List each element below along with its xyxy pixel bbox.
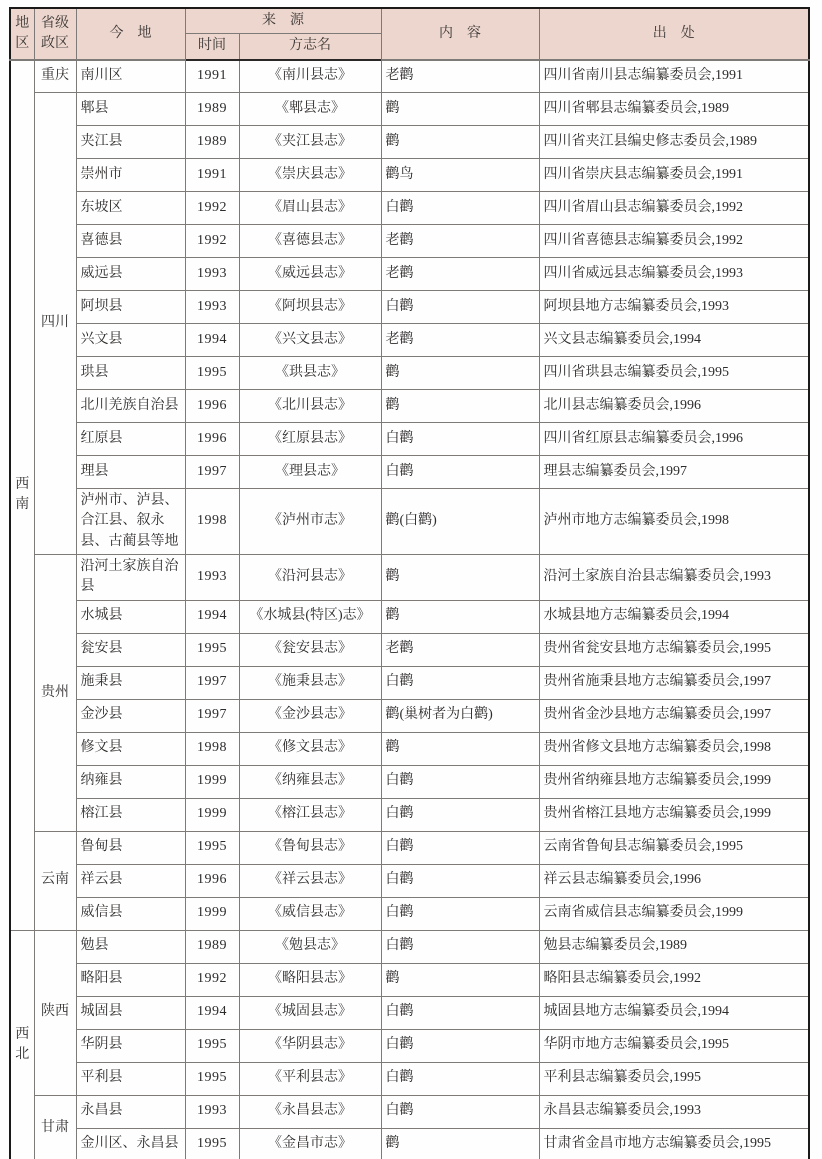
place-cell: 金川区、永昌县	[76, 1128, 185, 1159]
source-cell: 泸州市地方志编纂委员会,1998	[539, 489, 809, 555]
title-cell: 《金昌市志》	[239, 1128, 381, 1159]
place-cell: 南川区	[76, 60, 185, 93]
source-cell: 甘肃省金昌市地方志编纂委员会,1995	[539, 1128, 809, 1159]
place-cell: 平利县	[76, 1062, 185, 1095]
source-cell: 贵州省施秉县地方志编纂委员会,1997	[539, 666, 809, 699]
title-cell: 《勉县志》	[239, 930, 381, 963]
time-cell: 1992	[185, 192, 239, 225]
title-cell: 《祥云县志》	[239, 864, 381, 897]
content-cell: 白鹳	[381, 291, 539, 324]
source-cell: 四川省威远县志编纂委员会,1993	[539, 258, 809, 291]
table-row: 红原县1996《红原县志》白鹳四川省红原县志编纂委员会,1996	[10, 423, 809, 456]
table-row: 理县1997《理县志》白鹳理县志编纂委员会,1997	[10, 456, 809, 489]
content-cell: 老鹳	[381, 324, 539, 357]
place-cell: 崇州市	[76, 159, 185, 192]
table-header: 地 区 省级 政区 今 地 来 源 内 容 出 处 时间 方志名	[10, 8, 809, 60]
time-cell: 1999	[185, 798, 239, 831]
title-cell: 《鲁甸县志》	[239, 831, 381, 864]
table-row: 榕江县1999《榕江县志》白鹳贵州省榕江县地方志编纂委员会,1999	[10, 798, 809, 831]
content-cell: 白鹳	[381, 666, 539, 699]
place-cell: 修文县	[76, 732, 185, 765]
place-cell: 阿坝县	[76, 291, 185, 324]
table-row: 甘肃永昌县1993《永昌县志》白鹳永昌县志编纂委员会,1993	[10, 1095, 809, 1128]
source-cell: 水城县地方志编纂委员会,1994	[539, 600, 809, 633]
table-row: 珙县1995《珙县志》鹳四川省珙县志编纂委员会,1995	[10, 357, 809, 390]
source-cell: 平利县志编纂委员会,1995	[539, 1062, 809, 1095]
province-cell: 贵州	[34, 554, 76, 831]
time-cell: 1993	[185, 1095, 239, 1128]
table-row: 贵州沿河土家族自治县1993《沿河县志》鹳沿河土家族自治县志编纂委员会,1993	[10, 554, 809, 600]
source-cell: 云南省威信县志编纂委员会,1999	[539, 897, 809, 930]
table-row: 威信县1999《威信县志》白鹳云南省威信县志编纂委员会,1999	[10, 897, 809, 930]
time-cell: 1999	[185, 765, 239, 798]
content-cell: 老鹳	[381, 633, 539, 666]
time-cell: 1989	[185, 126, 239, 159]
province-cell: 陕西	[34, 930, 76, 1095]
table-row: 华阴县1995《华阴县志》白鹳华阴市地方志编纂委员会,1995	[10, 1029, 809, 1062]
table-row: 阿坝县1993《阿坝县志》白鹳阿坝县地方志编纂委员会,1993	[10, 291, 809, 324]
table-row: 北川羌族自治县1996《北川县志》鹳北川县志编纂委员会,1996	[10, 390, 809, 423]
content-cell: 白鹳	[381, 1062, 539, 1095]
province-cell: 重庆	[34, 60, 76, 93]
content-cell: 鹳	[381, 390, 539, 423]
title-cell: 《平利县志》	[239, 1062, 381, 1095]
time-cell: 1992	[185, 963, 239, 996]
time-cell: 1991	[185, 159, 239, 192]
title-cell: 《瓮安县志》	[239, 633, 381, 666]
table-row: 西南重庆南川区1991《南川县志》老鹳四川省南川县志编纂委员会,1991	[10, 60, 809, 93]
time-cell: 1999	[185, 897, 239, 930]
place-cell: 北川羌族自治县	[76, 390, 185, 423]
province-cell: 云南	[34, 831, 76, 930]
title-cell: 《榕江县志》	[239, 798, 381, 831]
time-cell: 1997	[185, 456, 239, 489]
source-cell: 贵州省金沙县地方志编纂委员会,1997	[539, 699, 809, 732]
title-cell: 《南川县志》	[239, 60, 381, 93]
source-cell: 贵州省修文县地方志编纂委员会,1998	[539, 732, 809, 765]
source-cell: 四川省珙县志编纂委员会,1995	[539, 357, 809, 390]
time-cell: 1996	[185, 390, 239, 423]
header-gazetteer-name: 方志名	[239, 34, 381, 60]
source-cell: 四川省南川县志编纂委员会,1991	[539, 60, 809, 93]
title-cell: 《略阳县志》	[239, 963, 381, 996]
source-cell: 华阴市地方志编纂委员会,1995	[539, 1029, 809, 1062]
source-cell: 四川省夹江县编史修志委员会,1989	[539, 126, 809, 159]
source-cell: 云南省鲁甸县志编纂委员会,1995	[539, 831, 809, 864]
content-cell: 白鹳	[381, 897, 539, 930]
title-cell: 《永昌县志》	[239, 1095, 381, 1128]
title-cell: 《郫县志》	[239, 93, 381, 126]
time-cell: 1994	[185, 600, 239, 633]
place-cell: 理县	[76, 456, 185, 489]
table-row: 金沙县1997《金沙县志》鹳(巢树者为白鹳)贵州省金沙县地方志编纂委员会,199…	[10, 699, 809, 732]
content-cell: 白鹳	[381, 864, 539, 897]
time-cell: 1989	[185, 93, 239, 126]
content-cell: 白鹳	[381, 1095, 539, 1128]
content-cell: 鹳	[381, 357, 539, 390]
title-cell: 《威信县志》	[239, 897, 381, 930]
region-cell: 西南	[10, 60, 34, 930]
title-cell: 《水城县(特区)志》	[239, 600, 381, 633]
title-cell: 《泸州市志》	[239, 489, 381, 555]
place-cell: 红原县	[76, 423, 185, 456]
content-cell: 白鹳	[381, 1029, 539, 1062]
title-cell: 《红原县志》	[239, 423, 381, 456]
content-cell: 鹳	[381, 732, 539, 765]
source-cell: 阿坝县地方志编纂委员会,1993	[539, 291, 809, 324]
header-region: 地 区	[10, 8, 34, 60]
province-cell: 甘肃	[34, 1095, 76, 1159]
content-cell: 老鹳	[381, 60, 539, 93]
place-cell: 纳雍县	[76, 765, 185, 798]
table-row: 西北陕西勉县1989《勉县志》白鹳勉县志编纂委员会,1989	[10, 930, 809, 963]
source-cell: 四川省郫县志编纂委员会,1989	[539, 93, 809, 126]
time-cell: 1998	[185, 489, 239, 555]
time-cell: 1996	[185, 864, 239, 897]
title-cell: 《金沙县志》	[239, 699, 381, 732]
time-cell: 1989	[185, 930, 239, 963]
table-row: 纳雍县1999《纳雍县志》白鹳贵州省纳雍县地方志编纂委员会,1999	[10, 765, 809, 798]
source-cell: 祥云县志编纂委员会,1996	[539, 864, 809, 897]
time-cell: 1996	[185, 423, 239, 456]
province-cell: 四川	[34, 93, 76, 555]
table-row: 瓮安县1995《瓮安县志》老鹳贵州省瓮安县地方志编纂委员会,1995	[10, 633, 809, 666]
time-cell: 1998	[185, 732, 239, 765]
document-page: 地 区 省级 政区 今 地 来 源 内 容 出 处 时间 方志名 西南重庆南川区…	[0, 0, 822, 1159]
place-cell: 夹江县	[76, 126, 185, 159]
title-cell: 《城固县志》	[239, 996, 381, 1029]
table-row: 威远县1993《威远县志》老鹳四川省威远县志编纂委员会,1993	[10, 258, 809, 291]
time-cell: 1995	[185, 357, 239, 390]
table-row: 金川区、永昌县1995《金昌市志》鹳甘肃省金昌市地方志编纂委员会,1995	[10, 1128, 809, 1159]
table-row: 略阳县1992《略阳县志》鹳略阳县志编纂委员会,1992	[10, 963, 809, 996]
content-cell: 鹳	[381, 1128, 539, 1159]
title-cell: 《沿河县志》	[239, 554, 381, 600]
table-row: 平利县1995《平利县志》白鹳平利县志编纂委员会,1995	[10, 1062, 809, 1095]
time-cell: 1995	[185, 1128, 239, 1159]
place-cell: 永昌县	[76, 1095, 185, 1128]
place-cell: 东坡区	[76, 192, 185, 225]
place-cell: 威信县	[76, 897, 185, 930]
content-cell: 老鹳	[381, 258, 539, 291]
place-cell: 威远县	[76, 258, 185, 291]
content-cell: 鹳鸟	[381, 159, 539, 192]
title-cell: 《北川县志》	[239, 390, 381, 423]
table-row: 施秉县1997《施秉县志》白鹳贵州省施秉县地方志编纂委员会,1997	[10, 666, 809, 699]
table-row: 祥云县1996《祥云县志》白鹳祥云县志编纂委员会,1996	[10, 864, 809, 897]
content-cell: 白鹳	[381, 798, 539, 831]
title-cell: 《纳雍县志》	[239, 765, 381, 798]
source-cell: 北川县志编纂委员会,1996	[539, 390, 809, 423]
content-cell: 白鹳	[381, 996, 539, 1029]
title-cell: 《华阴县志》	[239, 1029, 381, 1062]
header-source: 来 源	[185, 8, 381, 34]
time-cell: 1995	[185, 1029, 239, 1062]
source-cell: 兴文县志编纂委员会,1994	[539, 324, 809, 357]
source-cell: 城固县地方志编纂委员会,1994	[539, 996, 809, 1029]
title-cell: 《夹江县志》	[239, 126, 381, 159]
place-cell: 珙县	[76, 357, 185, 390]
title-cell: 《威远县志》	[239, 258, 381, 291]
table-row: 东坡区1992《眉山县志》白鹳四川省眉山县志编纂委员会,1992	[10, 192, 809, 225]
content-cell: 白鹳	[381, 192, 539, 225]
content-cell: 鹳	[381, 554, 539, 600]
content-cell: 白鹳	[381, 765, 539, 798]
content-cell: 老鹳	[381, 225, 539, 258]
title-cell: 《修文县志》	[239, 732, 381, 765]
content-cell: 鹳	[381, 600, 539, 633]
place-cell: 略阳县	[76, 963, 185, 996]
time-cell: 1993	[185, 554, 239, 600]
source-cell: 沿河土家族自治县志编纂委员会,1993	[539, 554, 809, 600]
title-cell: 《理县志》	[239, 456, 381, 489]
content-cell: 鹳(巢树者为白鹳)	[381, 699, 539, 732]
title-cell: 《兴文县志》	[239, 324, 381, 357]
title-cell: 《施秉县志》	[239, 666, 381, 699]
header-time: 时间	[185, 34, 239, 60]
content-cell: 鹳	[381, 963, 539, 996]
source-cell: 贵州省榕江县地方志编纂委员会,1999	[539, 798, 809, 831]
place-cell: 沿河土家族自治县	[76, 554, 185, 600]
content-cell: 白鹳	[381, 930, 539, 963]
title-cell: 《喜德县志》	[239, 225, 381, 258]
source-cell: 勉县志编纂委员会,1989	[539, 930, 809, 963]
place-cell: 兴文县	[76, 324, 185, 357]
time-cell: 1997	[185, 666, 239, 699]
source-cell: 永昌县志编纂委员会,1993	[539, 1095, 809, 1128]
time-cell: 1995	[185, 831, 239, 864]
source-cell: 四川省眉山县志编纂委员会,1992	[539, 192, 809, 225]
time-cell: 1995	[185, 633, 239, 666]
place-cell: 泸州市、泸县、合江县、叙永县、古蔺县等地	[76, 489, 185, 555]
title-cell: 《珙县志》	[239, 357, 381, 390]
header-province: 省级 政区	[34, 8, 76, 60]
place-cell: 鲁甸县	[76, 831, 185, 864]
table-row: 云南鲁甸县1995《鲁甸县志》白鹳云南省鲁甸县志编纂委员会,1995	[10, 831, 809, 864]
table-row: 修文县1998《修文县志》鹳贵州省修文县地方志编纂委员会,1998	[10, 732, 809, 765]
source-cell: 四川省喜德县志编纂委员会,1992	[539, 225, 809, 258]
place-cell: 喜德县	[76, 225, 185, 258]
time-cell: 1994	[185, 324, 239, 357]
table-row: 城固县1994《城固县志》白鹳城固县地方志编纂委员会,1994	[10, 996, 809, 1029]
gazetteer-records-table: 地 区 省级 政区 今 地 来 源 内 容 出 处 时间 方志名 西南重庆南川区…	[9, 7, 810, 1159]
place-cell: 施秉县	[76, 666, 185, 699]
place-cell: 城固县	[76, 996, 185, 1029]
source-cell: 四川省红原县志编纂委员会,1996	[539, 423, 809, 456]
time-cell: 1997	[185, 699, 239, 732]
content-cell: 鹳	[381, 126, 539, 159]
table-row: 兴文县1994《兴文县志》老鹳兴文县志编纂委员会,1994	[10, 324, 809, 357]
title-cell: 《崇庆县志》	[239, 159, 381, 192]
table-row: 四川郫县1989《郫县志》鹳四川省郫县志编纂委员会,1989	[10, 93, 809, 126]
place-cell: 瓮安县	[76, 633, 185, 666]
time-cell: 1994	[185, 996, 239, 1029]
region-cell: 西北	[10, 930, 34, 1159]
content-cell: 鹳	[381, 93, 539, 126]
place-cell: 榕江县	[76, 798, 185, 831]
content-cell: 白鹳	[381, 423, 539, 456]
table-body: 西南重庆南川区1991《南川县志》老鹳四川省南川县志编纂委员会,1991四川郫县…	[10, 60, 809, 1159]
time-cell: 1993	[185, 291, 239, 324]
place-cell: 郫县	[76, 93, 185, 126]
source-cell: 理县志编纂委员会,1997	[539, 456, 809, 489]
header-provenance: 出 处	[539, 8, 809, 60]
time-cell: 1993	[185, 258, 239, 291]
source-cell: 四川省崇庆县志编纂委员会,1991	[539, 159, 809, 192]
source-cell: 贵州省瓮安县地方志编纂委员会,1995	[539, 633, 809, 666]
title-cell: 《眉山县志》	[239, 192, 381, 225]
place-cell: 水城县	[76, 600, 185, 633]
content-cell: 白鹳	[381, 456, 539, 489]
place-cell: 金沙县	[76, 699, 185, 732]
place-cell: 勉县	[76, 930, 185, 963]
time-cell: 1995	[185, 1062, 239, 1095]
table-row: 夹江县1989《夹江县志》鹳四川省夹江县编史修志委员会,1989	[10, 126, 809, 159]
place-cell: 华阴县	[76, 1029, 185, 1062]
time-cell: 1992	[185, 225, 239, 258]
content-cell: 鹳(白鹳)	[381, 489, 539, 555]
time-cell: 1991	[185, 60, 239, 93]
place-cell: 祥云县	[76, 864, 185, 897]
header-content: 内 容	[381, 8, 539, 60]
title-cell: 《阿坝县志》	[239, 291, 381, 324]
table-row: 泸州市、泸县、合江县、叙永县、古蔺县等地1998《泸州市志》鹳(白鹳)泸州市地方…	[10, 489, 809, 555]
content-cell: 白鹳	[381, 831, 539, 864]
table-row: 水城县1994《水城县(特区)志》鹳水城县地方志编纂委员会,1994	[10, 600, 809, 633]
table-row: 崇州市1991《崇庆县志》鹳鸟四川省崇庆县志编纂委员会,1991	[10, 159, 809, 192]
table-row: 喜德县1992《喜德县志》老鹳四川省喜德县志编纂委员会,1992	[10, 225, 809, 258]
source-cell: 略阳县志编纂委员会,1992	[539, 963, 809, 996]
header-place: 今 地	[76, 8, 185, 60]
source-cell: 贵州省纳雍县地方志编纂委员会,1999	[539, 765, 809, 798]
